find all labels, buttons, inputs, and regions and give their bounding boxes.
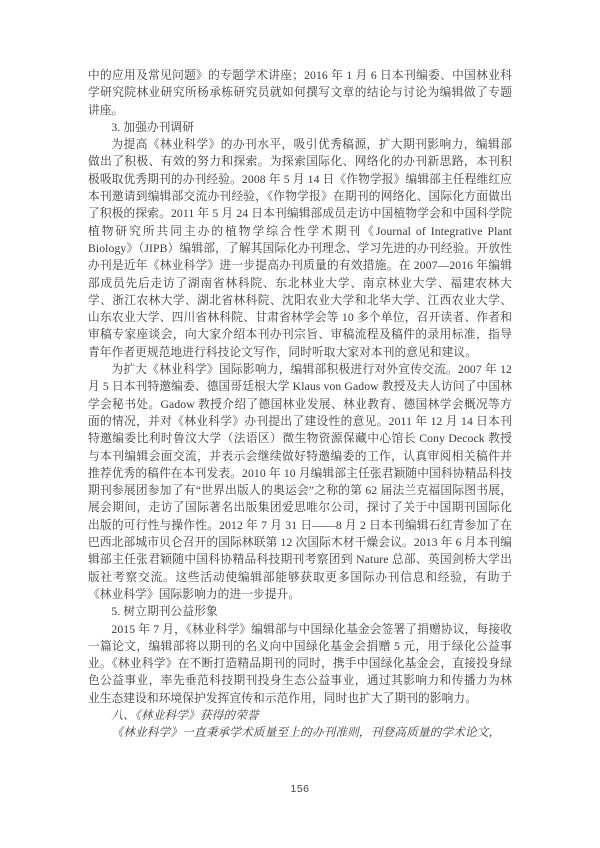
chapter-heading: 八、《林业科学》获得的荣誉	[88, 707, 512, 724]
section-heading: 5. 树立期刊公益形象	[88, 603, 512, 620]
text-block: 中的应用及常见问题》的专题学术讲座；2016 年 1 月 6 日本刊编委、中国林…	[88, 67, 512, 742]
body-paragraph-continuation: 中的应用及常见问题》的专题学术讲座；2016 年 1 月 6 日本刊编委、中国林…	[88, 67, 512, 119]
body-paragraph: 2015 年 7 月，《林业科学》编辑部与中国绿化基金会签署了捐赠协议，每接收一…	[88, 621, 512, 707]
body-paragraph: 为提高《林业科学》的办刊水平，吸引优秀稿源，扩大期刊影响力，编辑部做出了积极、有…	[88, 136, 512, 361]
page-number: 156	[0, 783, 600, 795]
document-page: 中的应用及常见问题》的专题学术讲座；2016 年 1 月 6 日本刊编委、中国林…	[0, 0, 600, 848]
section-heading: 3. 加强办刊调研	[88, 119, 512, 136]
body-paragraph: 《林业科学》一直秉承学术质量至上的办刊准则，刊登高质量的学术论文，	[88, 724, 512, 741]
body-paragraph: 为扩大《林业科学》国际影响力，编辑部积极进行对外宣传交流。2007 年 12 月…	[88, 361, 512, 603]
